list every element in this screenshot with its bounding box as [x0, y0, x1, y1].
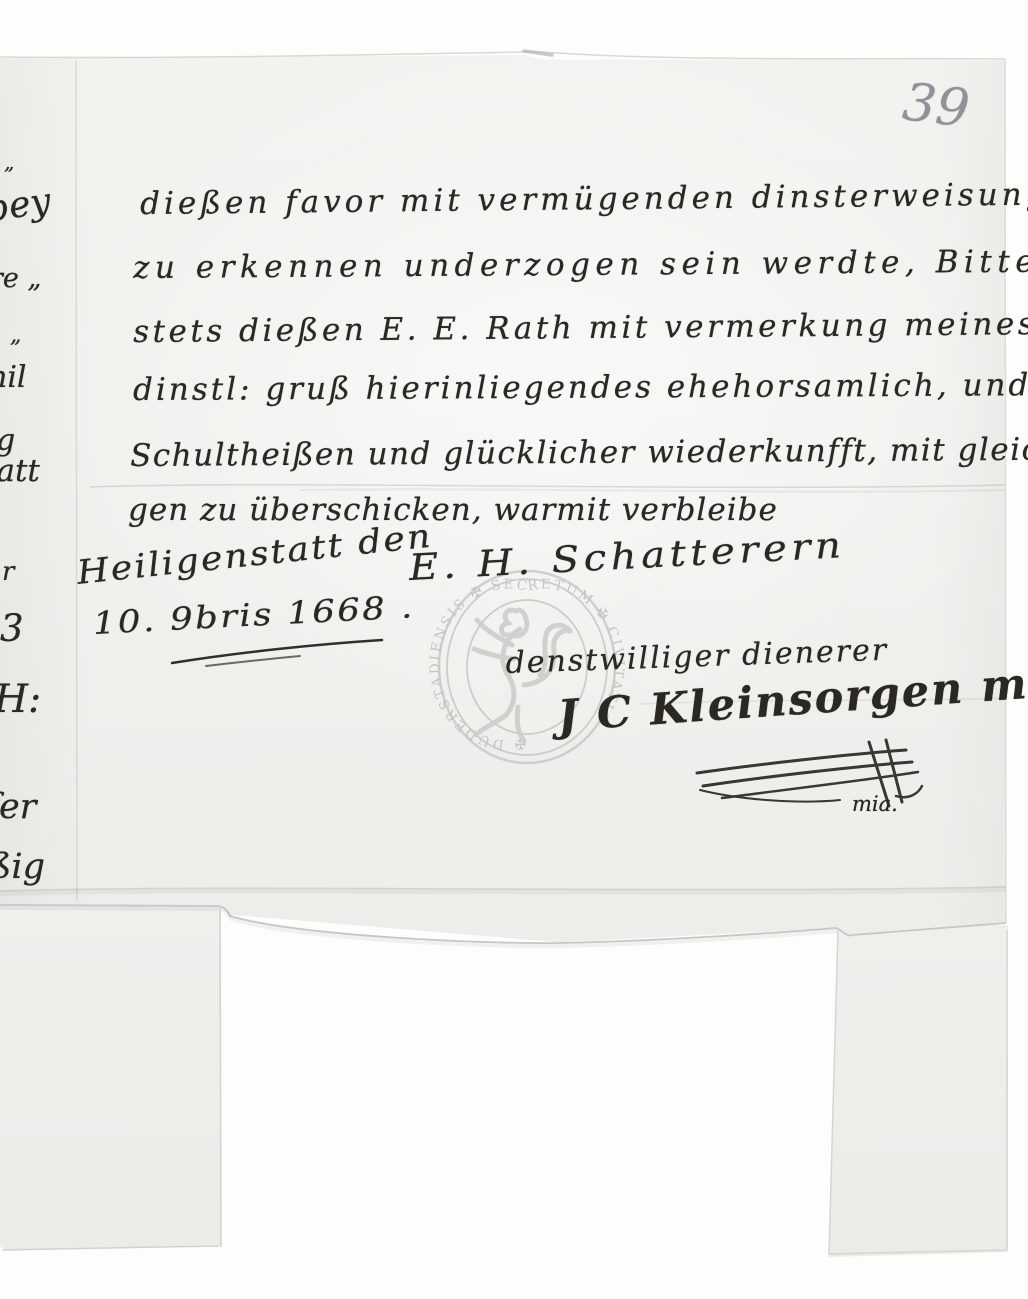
margin-fragment: fer: [0, 787, 36, 827]
margin-fragment: 3: [0, 607, 24, 650]
bottom-flap-left: [0, 900, 221, 1250]
margin-fragment: r: [2, 557, 14, 587]
scanned-letter-page: { "page": { "number": "39" }, "letter": …: [0, 0, 1028, 1299]
handwritten-line: Schultheißen und glücklicher wiederkunff…: [130, 431, 1028, 474]
margin-fragment: tatt: [0, 453, 40, 489]
margin-fragment: bey: [0, 181, 53, 231]
margin-fragment: ßig: [0, 847, 45, 887]
margin-fragment: H:: [0, 677, 41, 722]
top-edge-fold-notch: [524, 51, 552, 55]
bottom-flap-right: [828, 925, 1008, 1257]
margin-fragment: „: [10, 323, 21, 348]
facing-page-margin: „ bey re „ „ nil g tatt r 3 H: fer ßig e…: [0, 55, 72, 905]
margin-fragment: nil: [0, 360, 27, 395]
handwritten-line: dinstl: gruß hierinliegendes ehehorsamli…: [133, 367, 1028, 408]
paraph-note: mia.: [852, 792, 898, 816]
handwritten-line: zu erkennen underzogen sein werdte, Bitt…: [133, 244, 1028, 286]
margin-fragment: re „: [0, 263, 41, 294]
margin-fragment: „: [4, 150, 14, 174]
page-number: 39: [900, 72, 973, 140]
handwritten-line: gen zu überschicken, warmit verbleibe: [128, 492, 778, 528]
